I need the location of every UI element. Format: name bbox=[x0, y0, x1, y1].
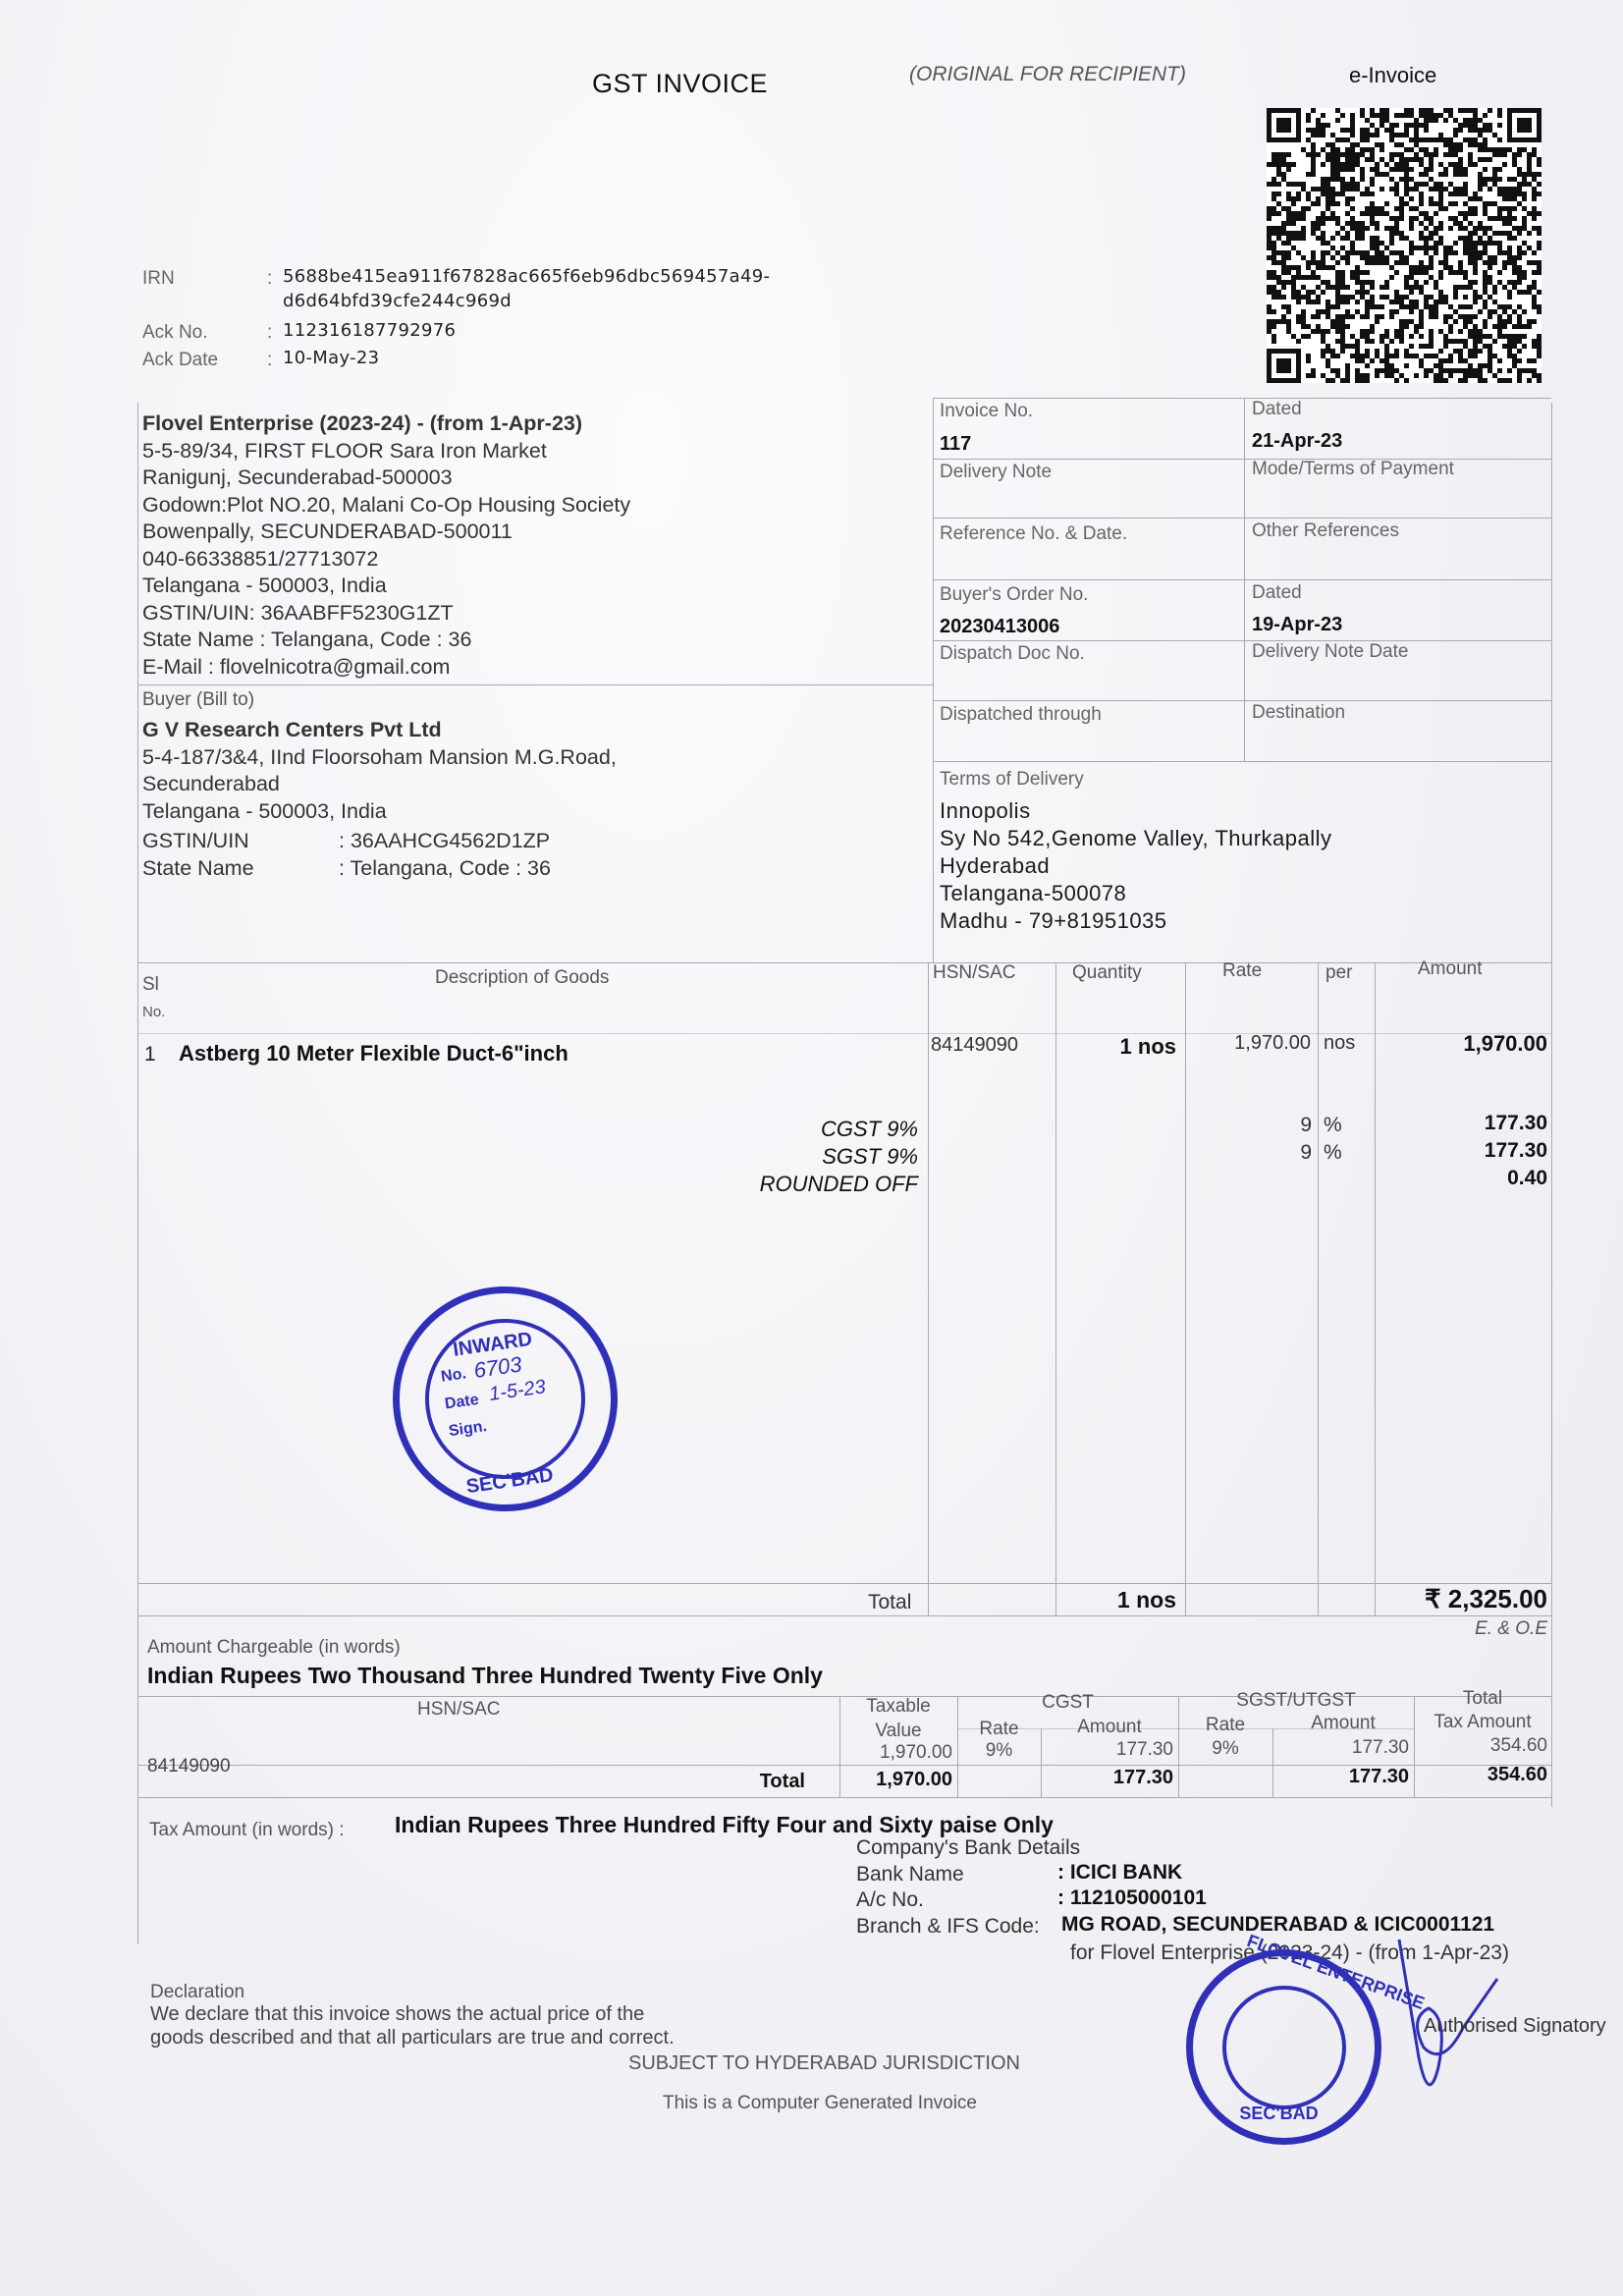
total-label: Total bbox=[868, 1591, 911, 1614]
rule bbox=[1055, 962, 1056, 1615]
rule bbox=[137, 1583, 1551, 1584]
taxable-header-1: Taxable bbox=[839, 1696, 957, 1718]
terms-of-delivery-line: Madhu - 79+81951035 bbox=[940, 907, 1332, 935]
rule bbox=[933, 398, 1551, 399]
jurisdiction-note: SUBJECT TO HYDERABAD JURISDICTION bbox=[628, 2052, 1020, 2075]
tax-row-label: SGST 9% bbox=[609, 1144, 918, 1170]
total-quantity: 1 nos bbox=[1060, 1587, 1176, 1613]
ack-no-label: Ack No. bbox=[142, 322, 208, 344]
seller-line: Telangana - 500003, India bbox=[142, 573, 630, 600]
item-per: nos bbox=[1324, 1032, 1355, 1055]
cgst-header: CGST bbox=[957, 1692, 1178, 1714]
dispatched-through-label: Dispatched through bbox=[940, 704, 1102, 726]
delivery-note-label: Delivery Note bbox=[940, 462, 1052, 483]
invoice-page: GST INVOICE (ORIGINAL FOR RECIPIENT) e-I… bbox=[0, 0, 1623, 2296]
declaration-line: We declare that this invoice shows the a… bbox=[150, 2003, 644, 2026]
tax-row-unit: % bbox=[1324, 1141, 1342, 1165]
seller-name: Flovel Enterprise (2023-24) - (from 1-Ap… bbox=[142, 410, 630, 438]
invoice-no-label: Invoice No. bbox=[940, 401, 1033, 422]
item-rate: 1,970.00 bbox=[1188, 1032, 1311, 1055]
irn-label: IRN bbox=[142, 268, 175, 290]
buyer-state-label: State Name bbox=[142, 856, 254, 881]
hsn-row-cgst-amount: 177.30 bbox=[1041, 1739, 1173, 1761]
rule bbox=[933, 459, 1551, 460]
item-hsn: 84149090 bbox=[931, 1034, 1018, 1057]
seller-line: State Name : Telangana, Code : 36 bbox=[142, 627, 630, 654]
sgst-amount-header: Amount bbox=[1272, 1713, 1414, 1734]
buyer-name: G V Research Centers Pvt Ltd bbox=[142, 717, 617, 744]
seller-line: 5-5-89/34, FIRST FLOOR Sara Iron Market bbox=[142, 438, 630, 465]
cgst-rate-header: Rate bbox=[957, 1719, 1041, 1740]
company-stamp-bottom-text: SEC'BAD bbox=[1193, 2104, 1365, 2124]
buyer-address-line: Telangana - 500003, India bbox=[142, 798, 617, 826]
irn-value-line2: d6d64bfd39cfe244c969d bbox=[283, 291, 512, 311]
rule bbox=[1185, 962, 1186, 1615]
tax-words-value: Indian Rupees Three Hundred Fifty Four a… bbox=[395, 1812, 1054, 1838]
terms-of-delivery-line: Telangana-500078 bbox=[940, 880, 1332, 907]
reference-label: Reference No. & Date. bbox=[940, 523, 1127, 545]
tax-words-label: Tax Amount (in words) : bbox=[149, 1820, 345, 1841]
dispatch-doc-label: Dispatch Doc No. bbox=[940, 643, 1085, 665]
hsn-row-total-tax: 354.60 bbox=[1414, 1735, 1547, 1757]
seller-line: Bowenpally, SECUNDERABAD-500011 bbox=[142, 519, 630, 546]
payment-terms-label: Mode/Terms of Payment bbox=[1252, 459, 1454, 480]
hsn-total-sgst: 177.30 bbox=[1272, 1766, 1409, 1788]
rule bbox=[1318, 962, 1319, 1615]
buyer-address-line: 5-4-187/3&4, IInd Floorsoham Mansion M.G… bbox=[142, 744, 617, 772]
invoice-no-value: 117 bbox=[940, 433, 971, 456]
ack-date-label: Ack Date bbox=[142, 350, 218, 371]
buyer-block: G V Research Centers Pvt Ltd 5-4-187/3&4… bbox=[142, 717, 617, 825]
hsn-row-taxable: 1,970.00 bbox=[839, 1742, 952, 1764]
buyer-order-value: 20230413006 bbox=[940, 616, 1059, 638]
qr-code-icon bbox=[1267, 108, 1542, 383]
irn-value-line1: 5688be415ea911f67828ac665f6eb96dbc569457… bbox=[283, 266, 770, 287]
col-quantity-header: Quantity bbox=[1072, 962, 1142, 984]
tax-row-amount: 177.30 bbox=[1377, 1139, 1547, 1163]
order-dated-label: Dated bbox=[1252, 582, 1302, 604]
col-no-header: No. bbox=[142, 1004, 165, 1020]
taxable-header-2: Value bbox=[839, 1721, 957, 1742]
inward-stamp: INWARD No. 6703 Date 1-5-23 Sign. SEC'BA… bbox=[378, 1272, 632, 1526]
col-description-header: Description of Goods bbox=[435, 967, 609, 989]
rule bbox=[137, 1797, 1551, 1798]
document-title: GST INVOICE bbox=[592, 69, 768, 99]
buyer-state-value: : Telangana, Code : 36 bbox=[339, 856, 551, 881]
seller-line: Godown:Plot NO.20, Malani Co-Op Housing … bbox=[142, 492, 630, 519]
destination-label: Destination bbox=[1252, 702, 1345, 724]
seller-line: 040-66338851/27713072 bbox=[142, 546, 630, 574]
rule bbox=[137, 684, 933, 685]
hsn-total-tax: 354.60 bbox=[1414, 1764, 1547, 1786]
rule bbox=[928, 962, 929, 1615]
declaration-line: goods described and that all particulars… bbox=[150, 2027, 675, 2050]
rule bbox=[1375, 962, 1376, 1615]
company-stamp: FLOVEL ENTERPRISE SEC'BAD bbox=[1186, 1949, 1381, 2145]
col-amount-header: Amount bbox=[1418, 958, 1482, 980]
rule bbox=[933, 640, 1551, 641]
hsn-row-sgst-amount: 177.30 bbox=[1272, 1737, 1409, 1759]
ack-date-value: 10-May-23 bbox=[283, 348, 379, 368]
order-dated-value: 19-Apr-23 bbox=[1252, 614, 1342, 636]
tax-row-label: ROUNDED OFF bbox=[609, 1172, 918, 1197]
bank-name-value: : ICICI BANK bbox=[1057, 1861, 1182, 1885]
sgst-header: SGST/UTGST bbox=[1178, 1690, 1414, 1712]
account-no-label: A/c No. bbox=[856, 1888, 924, 1912]
ack-no-value: 112316187792976 bbox=[283, 320, 456, 341]
total-tax-header-1: Total bbox=[1414, 1688, 1551, 1710]
invoice-dated-label: Dated bbox=[1252, 399, 1302, 420]
rule bbox=[137, 403, 138, 1944]
account-no-value: : 112105000101 bbox=[1057, 1886, 1207, 1910]
buyer-label: Buyer (Bill to) bbox=[142, 689, 254, 711]
irn-sep: : bbox=[267, 268, 272, 290]
tax-row-label: CGST 9% bbox=[609, 1117, 918, 1142]
sgst-rate-header: Rate bbox=[1178, 1715, 1272, 1736]
amount-words-label: Amount Chargeable (in words) bbox=[147, 1637, 401, 1659]
cgst-amount-header: Amount bbox=[1041, 1717, 1178, 1738]
buyer-address-line: Secunderabad bbox=[142, 771, 617, 798]
seller-line: E-Mail : flovelnicotra@gmail.com bbox=[142, 654, 630, 682]
hsn-row-sgst-rate: 9% bbox=[1178, 1738, 1272, 1760]
authorised-signatory-label: Authorised Signatory bbox=[1424, 2015, 1606, 2038]
col-rate-header: Rate bbox=[1222, 960, 1262, 982]
rule bbox=[933, 761, 1551, 762]
tax-row-amount: 177.30 bbox=[1377, 1112, 1547, 1135]
ack-date-sep: : bbox=[267, 350, 272, 371]
rule bbox=[933, 579, 1551, 580]
buyer-gstin-value: : 36AAHCG4562D1ZP bbox=[339, 829, 550, 853]
col-hsn-header: HSN/SAC bbox=[933, 962, 1015, 984]
terms-of-delivery-line: Innopolis bbox=[940, 797, 1332, 825]
declaration-heading: Declaration bbox=[150, 1982, 244, 2003]
tax-row-rate: 9 bbox=[1276, 1141, 1312, 1165]
hsn-row-cgst-rate: 9% bbox=[957, 1740, 1041, 1762]
rule bbox=[137, 1615, 1551, 1616]
other-references-label: Other References bbox=[1252, 520, 1399, 542]
item-quantity: 1 nos bbox=[1060, 1034, 1176, 1060]
rule bbox=[933, 398, 934, 962]
tax-row-rate: 9 bbox=[1276, 1114, 1312, 1137]
ack-no-sep: : bbox=[267, 322, 272, 344]
seller-line: GSTIN/UIN: 36AABFF5230G1ZT bbox=[142, 600, 630, 628]
hsn-total-taxable: 1,970.00 bbox=[839, 1769, 952, 1791]
total-amount: ₹ 2,325.00 bbox=[1377, 1584, 1547, 1614]
rule bbox=[933, 518, 1551, 519]
stamp-no-label: No. bbox=[440, 1365, 467, 1386]
hsn-total-cgst: 177.30 bbox=[1041, 1767, 1173, 1789]
computer-generated-note: This is a Computer Generated Invoice bbox=[663, 2093, 977, 2114]
buyer-gstin-label: GSTIN/UIN bbox=[142, 829, 249, 853]
bank-heading: Company's Bank Details bbox=[856, 1836, 1080, 1860]
item-description: Astberg 10 Meter Flexible Duct-6"inch bbox=[179, 1041, 568, 1066]
tax-row-unit: % bbox=[1324, 1114, 1342, 1137]
buyer-order-label: Buyer's Order No. bbox=[940, 584, 1088, 606]
rule bbox=[1551, 403, 1552, 1807]
col-per-header: per bbox=[1325, 962, 1352, 984]
hsn-row-code: 84149090 bbox=[147, 1756, 231, 1777]
delivery-note-date-label: Delivery Note Date bbox=[1252, 641, 1408, 663]
seller-line: Ranigunj, Secunderabad-500003 bbox=[142, 465, 630, 492]
terms-of-delivery-label: Terms of Delivery bbox=[940, 769, 1084, 791]
eoe-label: E. & O.E bbox=[1377, 1618, 1547, 1640]
terms-of-delivery-block: Innopolis Sy No 542,Genome Valley, Thurk… bbox=[940, 797, 1332, 935]
total-tax-header-2: Tax Amount bbox=[1414, 1712, 1551, 1733]
rule bbox=[933, 700, 1551, 701]
item-amount: 1,970.00 bbox=[1377, 1031, 1547, 1057]
invoice-dated-value: 21-Apr-23 bbox=[1252, 430, 1342, 453]
copy-type-label: (ORIGINAL FOR RECIPIENT) bbox=[909, 63, 1186, 86]
terms-of-delivery-line: Hyderabad bbox=[940, 852, 1332, 880]
amount-words-value: Indian Rupees Two Thousand Three Hundred… bbox=[147, 1663, 823, 1689]
hsn-total-label: Total bbox=[687, 1771, 805, 1793]
bank-name-label: Bank Name bbox=[856, 1863, 964, 1886]
e-invoice-label: e-Invoice bbox=[1349, 63, 1436, 88]
col-sl-header: Sl bbox=[142, 974, 159, 996]
seller-block: Flovel Enterprise (2023-24) - (from 1-Ap… bbox=[142, 410, 630, 681]
item-sl: 1 bbox=[144, 1043, 156, 1066]
terms-of-delivery-line: Sy No 542,Genome Valley, Thurkapally bbox=[940, 825, 1332, 852]
hsn-header: HSN/SAC bbox=[417, 1699, 500, 1721]
tax-row-amount: 0.40 bbox=[1377, 1167, 1547, 1190]
branch-label: Branch & IFS Code: bbox=[856, 1915, 1040, 1939]
